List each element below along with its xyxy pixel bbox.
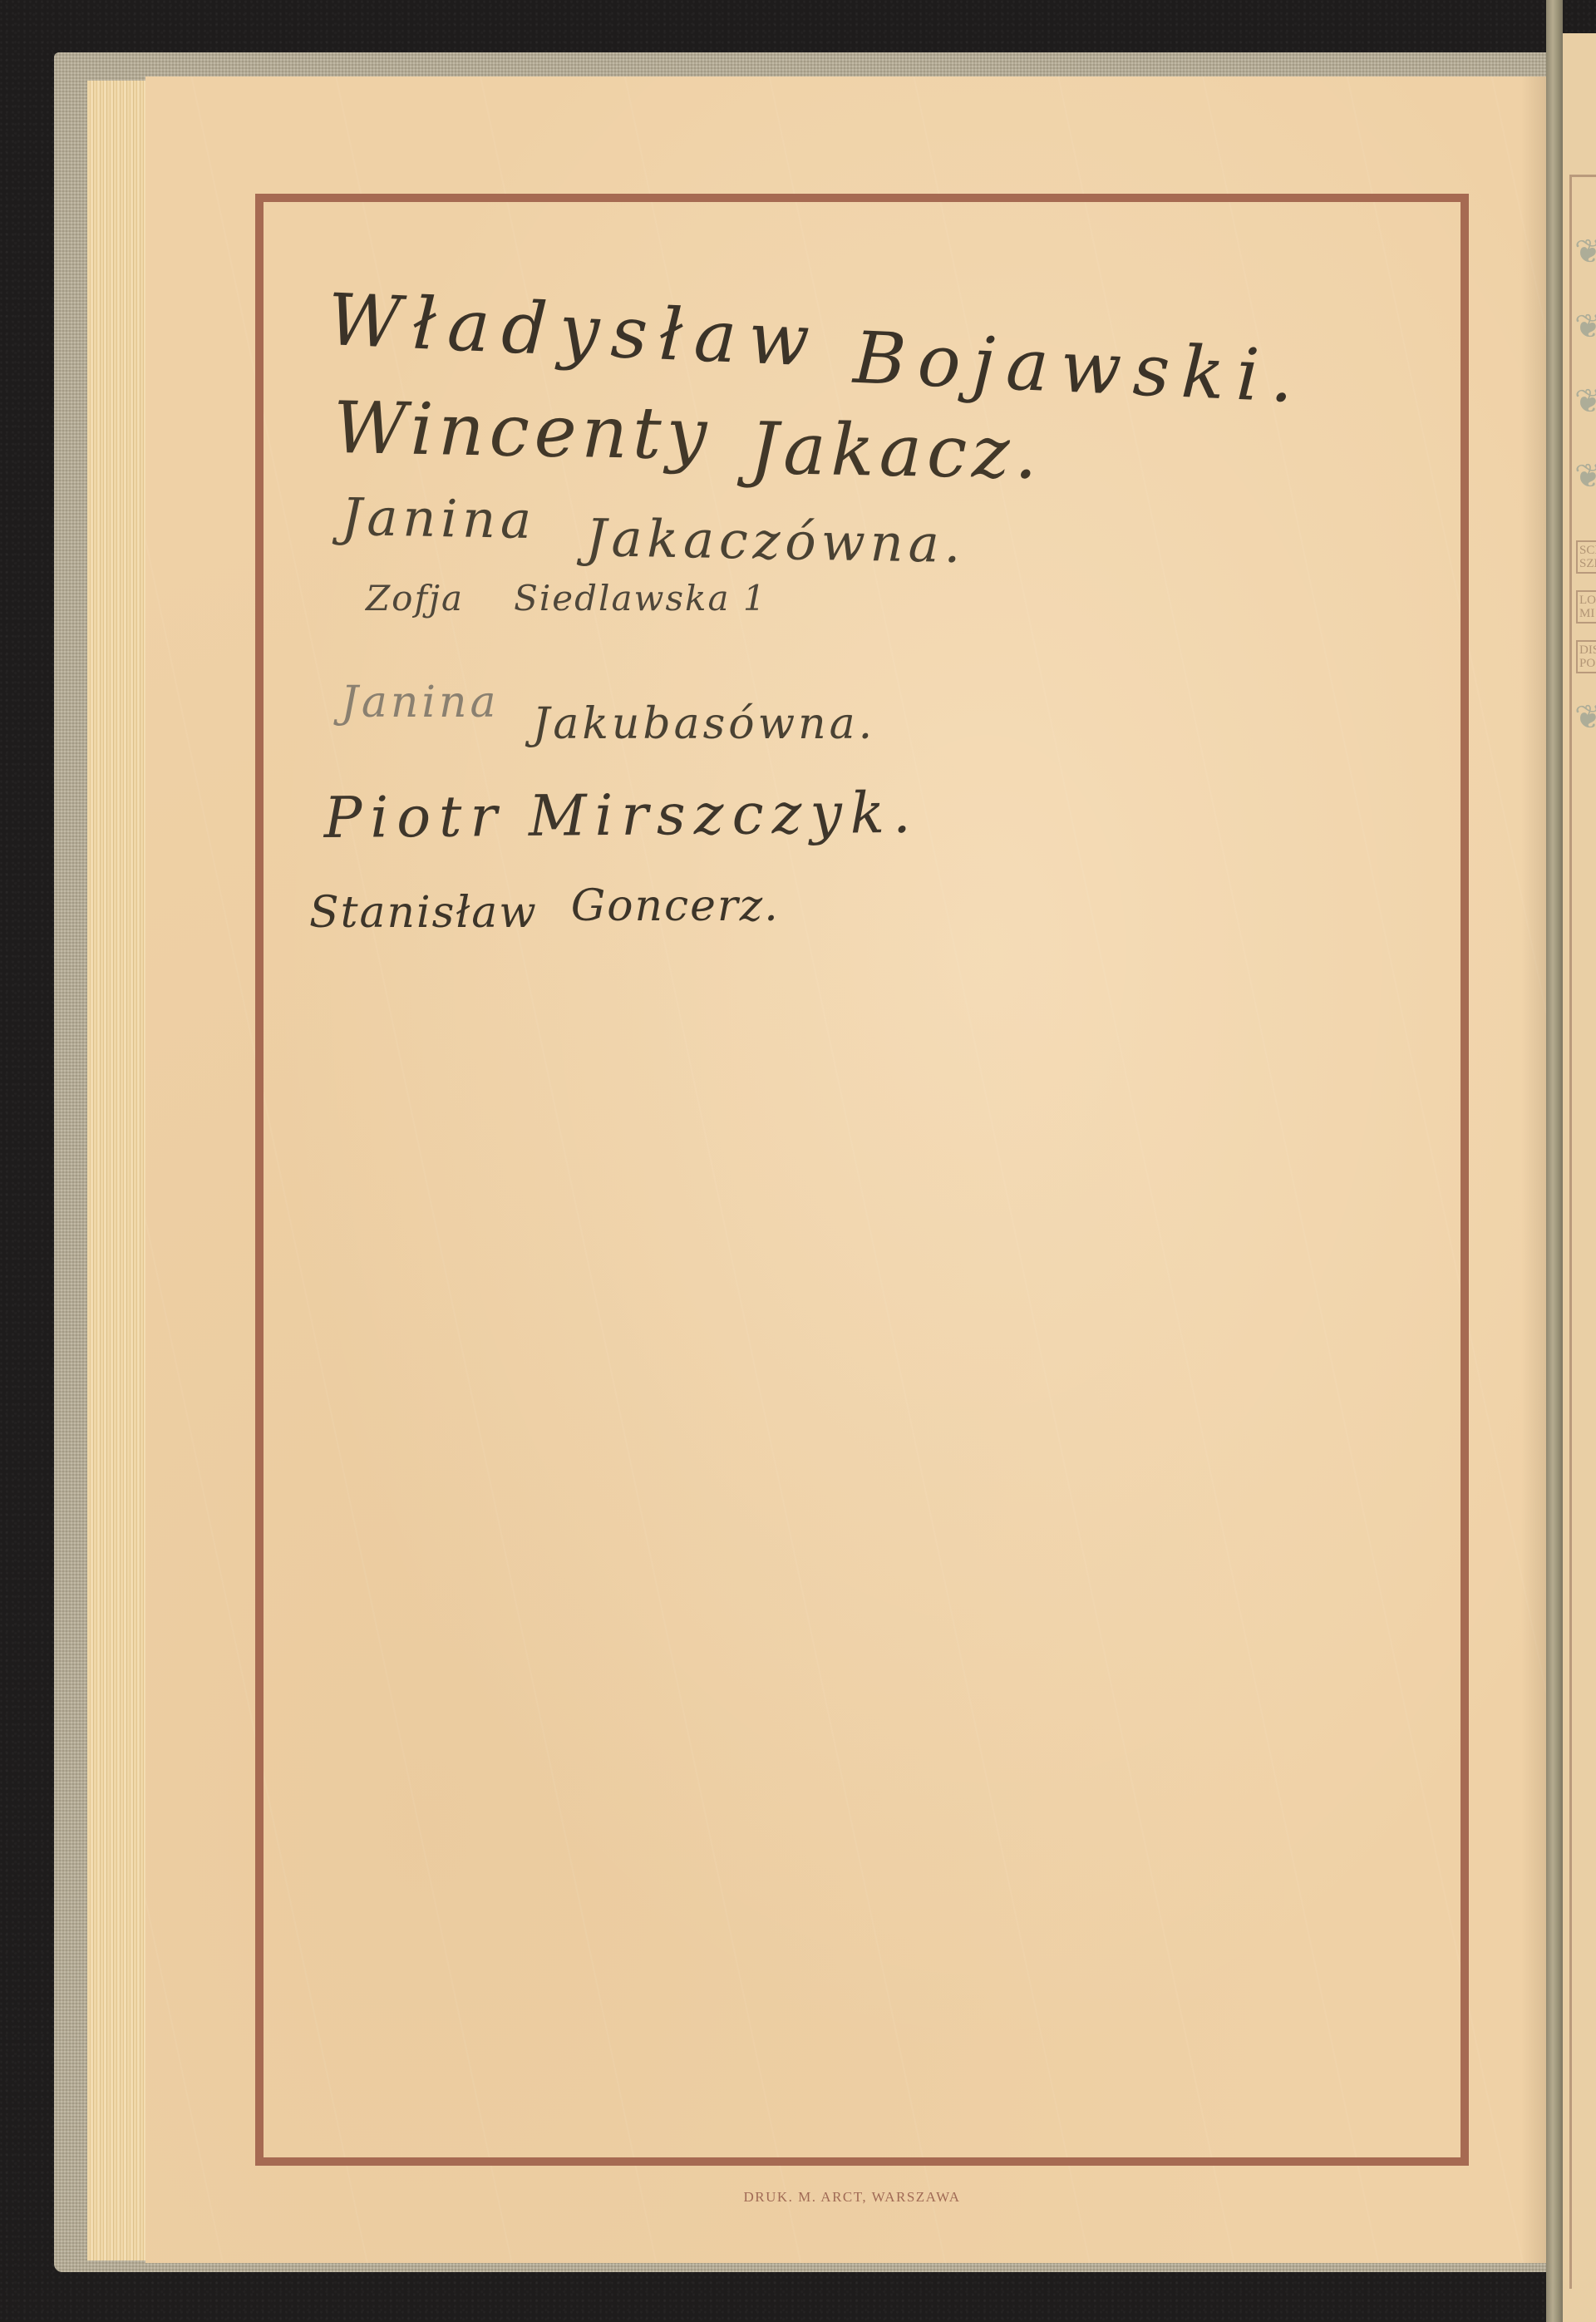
page-fore-edge <box>87 81 147 2260</box>
ornament-icon: ❦ <box>1574 382 1596 421</box>
signature-entry: PiotrMirszczyk. <box>323 781 919 851</box>
next-page-text: SCH <box>1579 544 1596 557</box>
next-page-label: DIS PO <box>1576 640 1596 673</box>
next-page-label: SCH SZK <box>1576 540 1596 574</box>
ornament-icon: ❦ <box>1574 457 1596 495</box>
signature-first-name: Piotr <box>323 784 505 851</box>
signature-first-name: Janina <box>341 486 537 550</box>
signature-last-name: Goncerz. <box>571 881 780 931</box>
next-page-text: LO <box>1579 594 1596 607</box>
signature-first-name: Janina <box>341 678 499 727</box>
ornament-icon: ❦ <box>1574 308 1596 346</box>
signature-entry: WincentyJakacz. <box>332 387 1043 482</box>
book-gutter <box>1546 0 1563 2322</box>
signature-entry: StanisławGoncerz. <box>309 888 780 938</box>
signature-last-name: Jakaczówna. <box>585 507 966 574</box>
ornament-icon: ❦ <box>1574 233 1596 271</box>
signature-entry: JaninaJakaczówna. <box>341 486 966 558</box>
signature-last-name: Mirszczyk. <box>529 781 919 850</box>
signature-first-name: Zofja <box>366 578 464 619</box>
next-page-label: LO MI <box>1576 590 1596 624</box>
signature-last-name: Jakacz. <box>749 407 1043 495</box>
next-page-text: SZK <box>1579 557 1596 570</box>
signature-first-name: Wincenty <box>332 387 712 476</box>
signature-entry: ZofjaSiedlawska 1 <box>366 578 767 619</box>
gutter-shadow <box>1521 76 1546 2263</box>
signature-entry: JaninaJakubasówna. <box>341 669 875 719</box>
ornament-icon: ❦ <box>1574 698 1596 737</box>
signature-first-name: Stanisław <box>309 888 538 938</box>
next-page-text: MI <box>1579 607 1596 620</box>
next-page-text: PO <box>1579 657 1596 670</box>
printer-imprint: DRUK. M. ARCT, WARSZAWA <box>0 2189 1596 2206</box>
signature-last-name: Jakubasówna. <box>532 699 875 749</box>
next-page-text: DIS <box>1579 643 1596 657</box>
signature-last-name: Siedlawska 1 <box>514 578 767 619</box>
next-page-sliver: ❦ ❦ ❦ ❦ SCH SZK LO MI DIS PO ❦ <box>1563 33 1596 2322</box>
